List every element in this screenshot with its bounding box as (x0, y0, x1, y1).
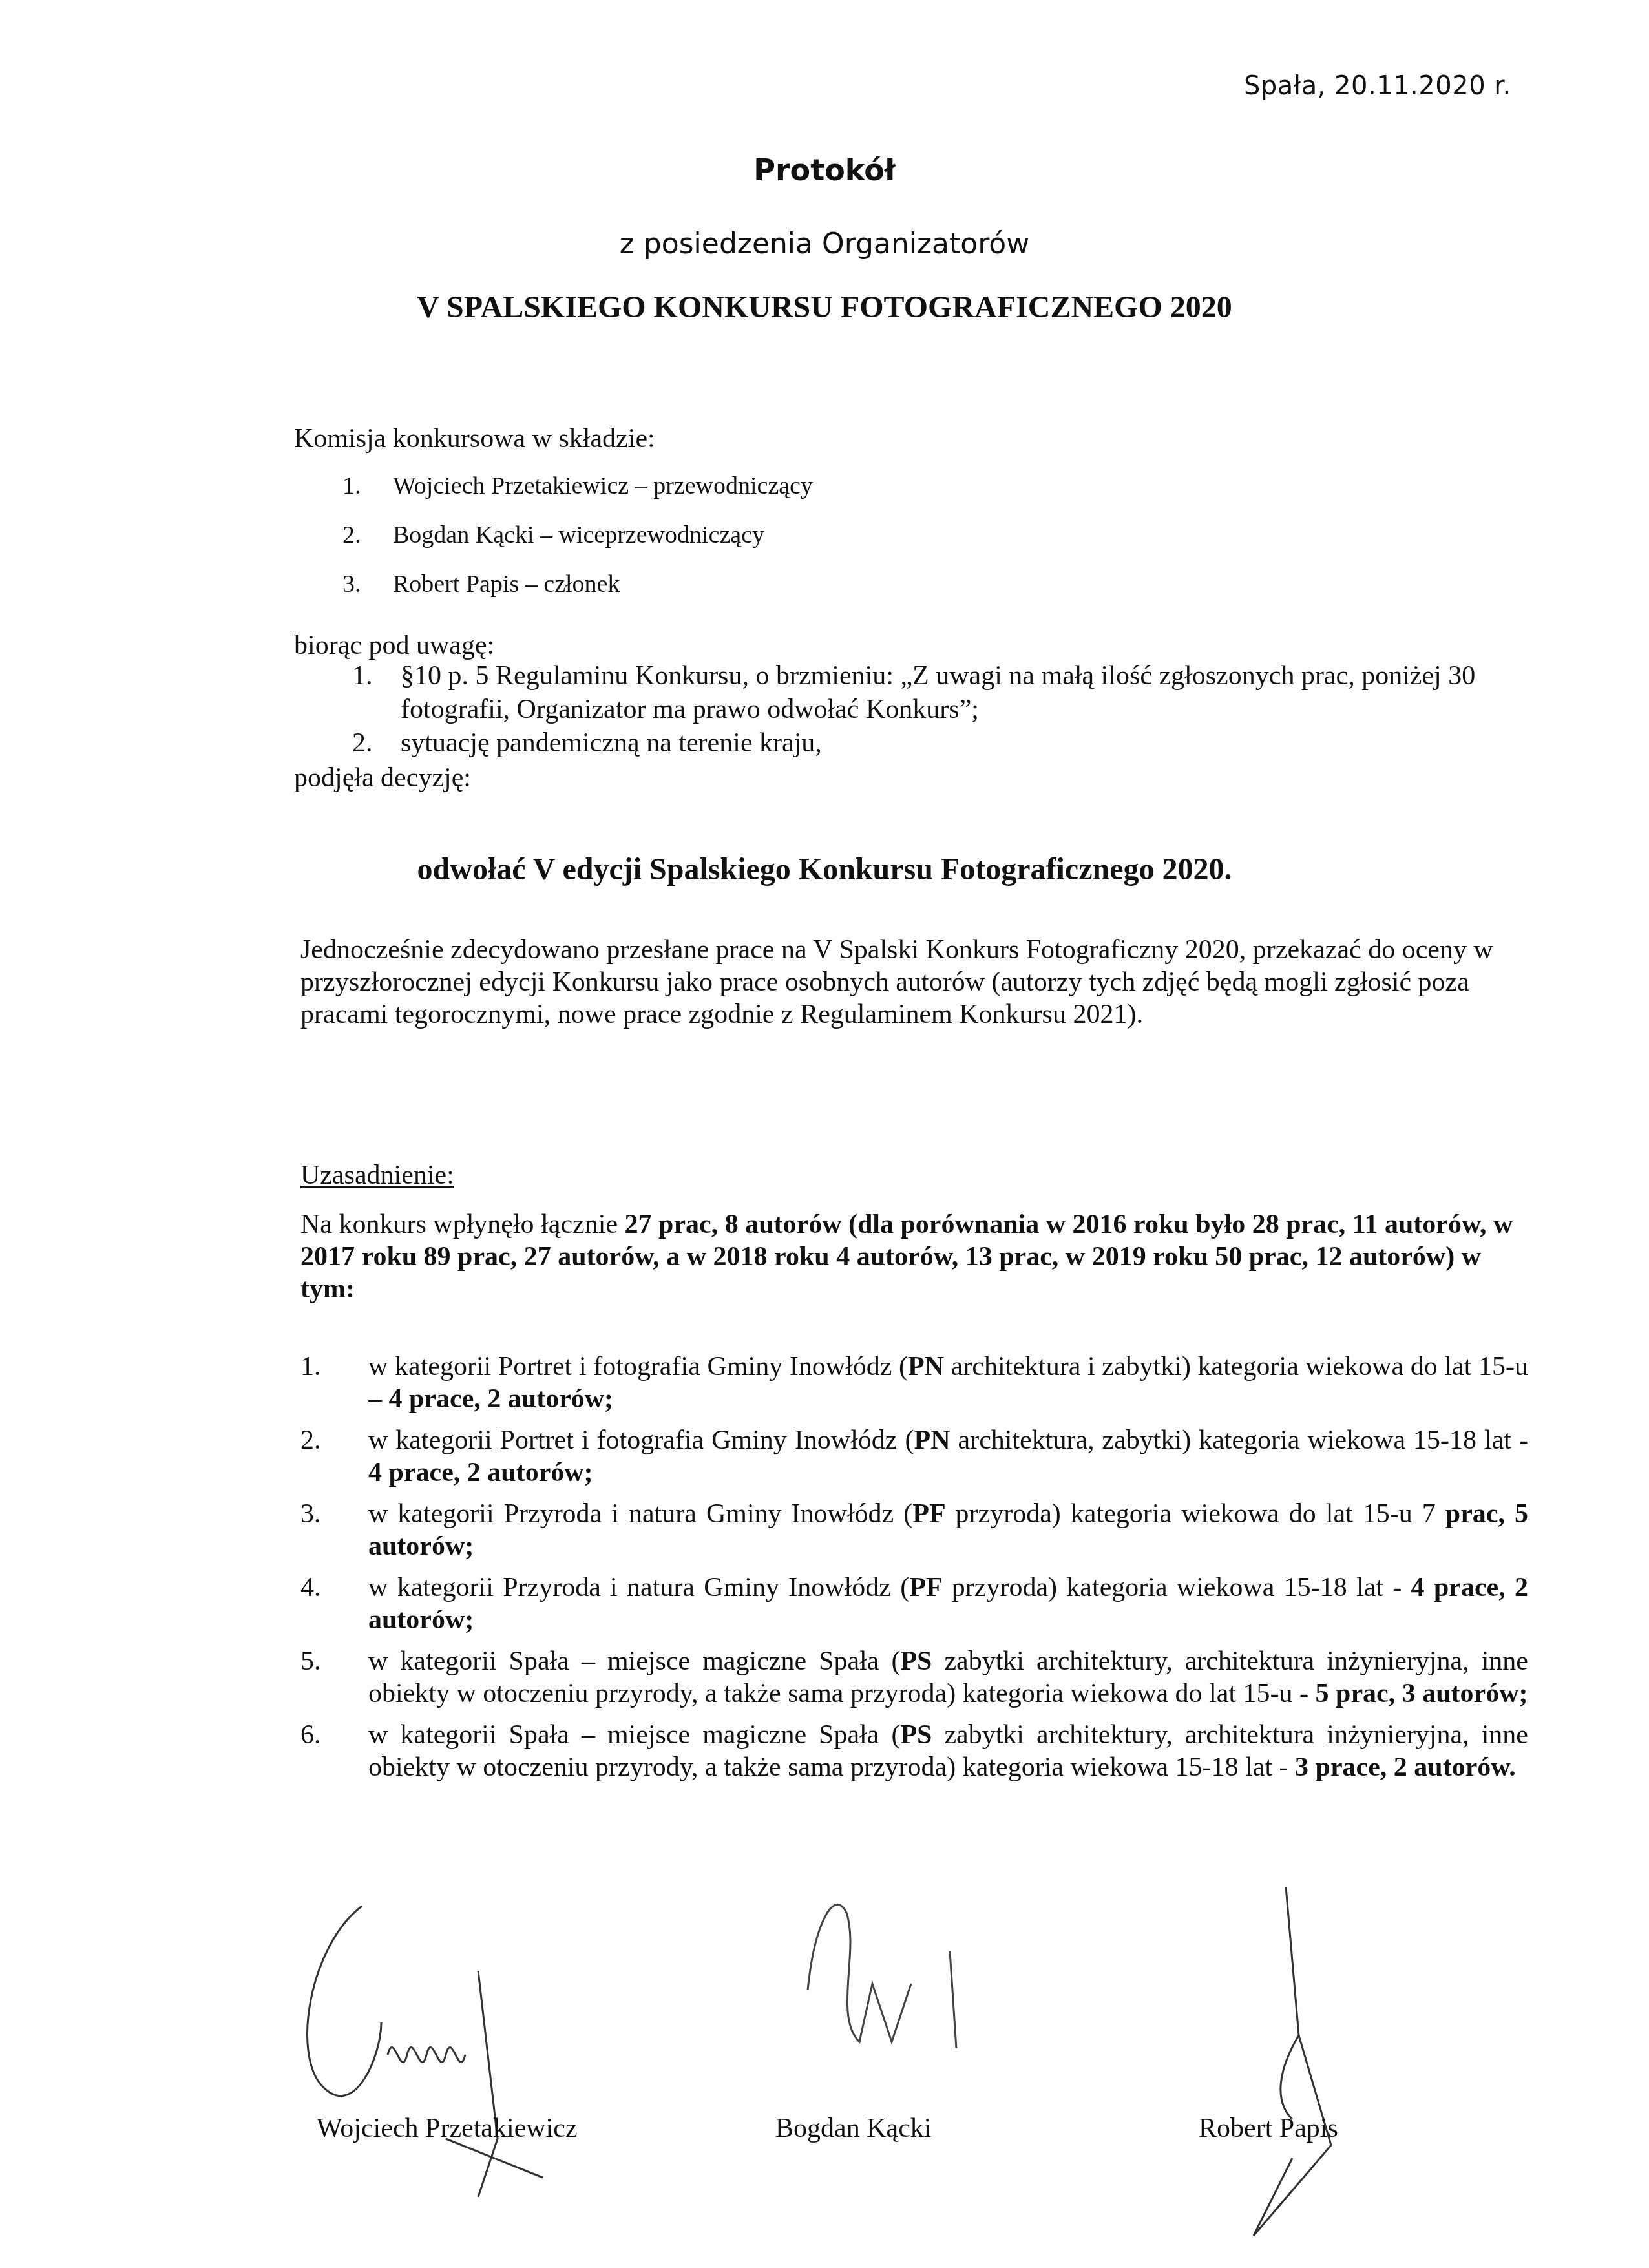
decision-label: podjęła decyzję: (294, 762, 471, 793)
category-number: 2. (300, 1424, 368, 1489)
category-code: PS (900, 1646, 932, 1676)
category-code: PN (908, 1352, 944, 1381)
category-desc: w kategorii Portret i fotografia Gminy I… (368, 1425, 914, 1455)
signature-name: Robert Papis (1199, 2113, 1338, 2144)
signature-scribble-2 (795, 1887, 1002, 2081)
contest-name: V SPALSKIEGO KONKURSU FOTOGRAFICZNEGO 20… (0, 289, 1649, 325)
category-list: 1.w kategorii Portret i fotografia Gminy… (300, 1350, 1528, 1792)
justification-label: Uzasadnienie: (300, 1160, 454, 1191)
category-desc: w kategorii Portret i fotografia Gminy I… (368, 1352, 908, 1381)
signature-scribble-1 (284, 1893, 646, 2216)
category-desc: w kategorii Przyroda i natura Gminy Inow… (368, 1573, 909, 1602)
signature-name: Bogdan Kącki (775, 2113, 931, 2144)
category-number: 4. (300, 1571, 368, 1636)
member-text: Robert Papis – członek (393, 570, 620, 619)
transfer-paragraph: Jednocześnie zdecydowano przesłane prace… (300, 934, 1528, 1031)
justification-intro: Na konkurs wpłynęło łącznie (300, 1210, 625, 1239)
member-number: 1. (342, 472, 393, 521)
item-text: §10 p. 5 Regulaminu Konkursu, o brzmieni… (401, 659, 1535, 726)
document-title: Protokół (0, 152, 1649, 187)
commission-label: Komisja konkursowa w składzie: (294, 423, 655, 454)
decision-text: odwołać V edycji Spalskiego Konkursu Fot… (0, 852, 1649, 887)
justification-text: Na konkurs wpłynęło łącznie 27 prac, 8 a… (300, 1208, 1528, 1305)
category-code: PF (909, 1573, 942, 1602)
category-desc: w kategorii Przyroda i natura Gminy Inow… (368, 1499, 912, 1529)
category-item: 1.w kategorii Portret i fotografia Gminy… (300, 1350, 1528, 1415)
considering-list: 1.§10 p. 5 Regulaminu Konkursu, o brzmie… (352, 659, 1535, 760)
member-number: 2. (342, 521, 393, 570)
category-desc: w kategorii Spała – miejsce magiczne Spa… (368, 1720, 900, 1750)
member-text: Wojciech Przetakiewicz – przewodniczący (393, 472, 813, 521)
category-text: w kategorii Portret i fotografia Gminy I… (368, 1350, 1528, 1415)
considering-label: biorąc pod uwagę: (294, 630, 494, 661)
category-desc: przyroda) kategoria wiekowa 15-18 lat - (942, 1573, 1411, 1602)
category-text: w kategorii Spała – miejsce magiczne Spa… (368, 1645, 1528, 1710)
commission-members: 1.Wojciech Przetakiewicz – przewodnicząc… (342, 472, 813, 619)
category-text: w kategorii Przyroda i natura Gminy Inow… (368, 1498, 1528, 1562)
category-item: 6.w kategorii Spała – miejsce magiczne S… (300, 1719, 1528, 1783)
member-text: Bogdan Kącki – wiceprzewodniczący (393, 521, 764, 570)
category-number: 5. (300, 1645, 368, 1710)
category-item: 3.w kategorii Przyroda i natura Gminy In… (300, 1498, 1528, 1562)
member-item: 3.Robert Papis – członek (342, 570, 813, 619)
considering-item: 1.§10 p. 5 Regulaminu Konkursu, o brzmie… (352, 659, 1535, 726)
place-date: Spała, 20.11.2020 r. (1244, 71, 1511, 101)
category-count: 4 prace, 2 autorów; (389, 1384, 614, 1414)
category-text: w kategorii Spała – miejsce magiczne Spa… (368, 1719, 1528, 1783)
category-item: 5.w kategorii Spała – miejsce magiczne S… (300, 1645, 1528, 1710)
signature-name: Wojciech Przetakiewicz (317, 2113, 578, 2144)
member-item: 2.Bogdan Kącki – wiceprzewodniczący (342, 521, 813, 570)
member-number: 3. (342, 570, 393, 619)
document-subtitle: z posiedzenia Organizatorów (0, 227, 1649, 260)
signature-scribble-3 (1228, 1874, 1396, 2262)
category-code: PN (914, 1425, 951, 1455)
category-desc: w kategorii Spała – miejsce magiczne Spa… (368, 1646, 900, 1676)
category-item: 4.w kategorii Przyroda i natura Gminy In… (300, 1571, 1528, 1636)
category-code: PS (900, 1720, 932, 1750)
item-text: sytuację pandemiczną na terenie kraju, (401, 726, 822, 760)
category-count: 4 prace, 2 autorów; (368, 1458, 593, 1487)
category-count: 3 prace, 2 autorów. (1295, 1752, 1516, 1782)
category-code: PF (912, 1499, 945, 1529)
item-number: 2. (352, 726, 401, 760)
category-number: 1. (300, 1350, 368, 1415)
category-number: 3. (300, 1498, 368, 1562)
category-desc: przyroda) kategoria wiekowa do lat 15-u … (946, 1499, 1445, 1529)
item-number: 1. (352, 659, 401, 726)
category-number: 6. (300, 1719, 368, 1783)
category-count: 5 prac, 3 autorów; (1316, 1679, 1528, 1708)
category-text: w kategorii Przyroda i natura Gminy Inow… (368, 1571, 1528, 1636)
category-desc: architektura, zabytki) kategoria wiekowa… (951, 1425, 1529, 1455)
member-item: 1.Wojciech Przetakiewicz – przewodnicząc… (342, 472, 813, 521)
considering-item: 2.sytuację pandemiczną na terenie kraju, (352, 726, 1535, 760)
category-item: 2.w kategorii Portret i fotografia Gminy… (300, 1424, 1528, 1489)
category-text: w kategorii Portret i fotografia Gminy I… (368, 1424, 1528, 1489)
